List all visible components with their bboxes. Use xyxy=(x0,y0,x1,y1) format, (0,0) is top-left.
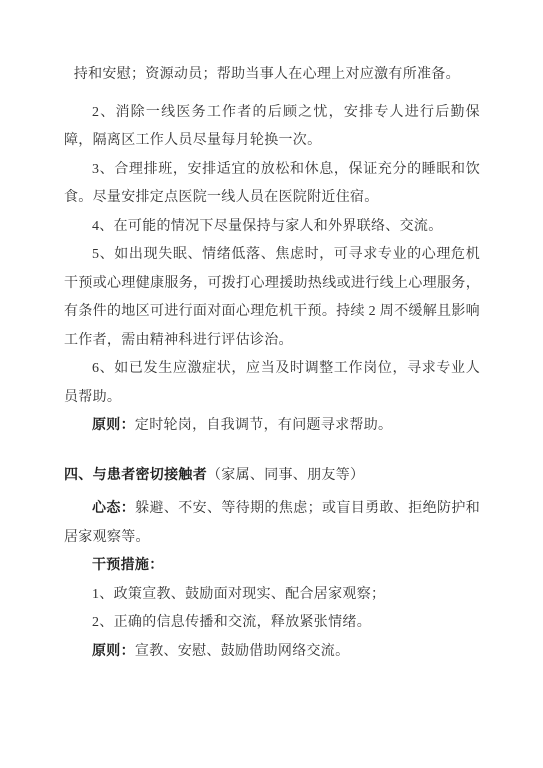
paragraph-text: 持和安慰；资源动员；帮助当事人在心理上对应激有所准备。 xyxy=(74,67,460,82)
mentality-label: 心态： xyxy=(92,501,135,516)
paragraph-principle-medical-staff: 原则：定时轮岗，自我调节，有问题寻求帮助。 xyxy=(64,412,480,441)
document-text-block: 持和安慰；资源动员；帮助当事人在心理上对应激有所准备。 2、消除一线医务工作者的… xyxy=(64,61,480,666)
document-page: 持和安慰；资源动员；帮助当事人在心理上对应激有所准备。 2、消除一线医务工作者的… xyxy=(0,0,543,768)
paragraph-mentality: 心态：躲避、不安、等待期的焦虑；或盲目勇敢、拒绝防护和居家观察等。 xyxy=(64,495,480,552)
paragraph-text: 2、正确的信息传播和交流，释放紧张情绪。 xyxy=(92,615,371,630)
paragraph-text: 6、如已发生应激症状，应当及时调整工作岗位，寻求专业人员帮助。 xyxy=(64,361,480,405)
paragraph-text: 3、合理排班，安排适宜的放松和休息，保证充分的睡眠和饮食。尽量安排定点医院一线人… xyxy=(64,162,480,206)
paragraph-principle-close-contacts: 原则：宣教、安慰、鼓励借助网络交流。 xyxy=(64,638,480,667)
paragraph-continuation: 持和安慰；资源动员；帮助当事人在心理上对应激有所准备。 xyxy=(64,61,480,90)
paragraph-item-6: 6、如已发生应激症状，应当及时调整工作岗位，寻求专业人员帮助。 xyxy=(64,355,480,412)
principle-label: 原则： xyxy=(92,644,135,659)
paragraph-measure-2: 2、正确的信息传播和交流，释放紧张情绪。 xyxy=(64,609,480,638)
paragraph-item-3: 3、合理排班，安排适宜的放松和休息，保证充分的睡眠和饮食。尽量安排定点医院一线人… xyxy=(64,156,480,213)
paragraph-item-2: 2、消除一线医务工作者的后顾之忧，安排专人进行后勤保障，隔离区工作人员尽量每月轮… xyxy=(64,99,480,156)
paragraph-text: 5、如出现失眠、情绪低落、焦虑时，可寻求专业的心理危机干预或心理健康服务，可拨打… xyxy=(64,247,480,348)
paragraph-text: 4、在可能的情况下尽量保持与家人和外界联络、交流。 xyxy=(92,219,443,234)
paragraph-text: 1、政策宣教、鼓励面对现实、配合居家观察； xyxy=(92,587,385,602)
blank-line xyxy=(64,441,480,462)
paragraph-item-5: 5、如出现失眠、情绪低落、焦虑时，可寻求专业的心理危机干预或心理健康服务，可拨打… xyxy=(64,241,480,355)
paragraph-item-4: 4、在可能的情况下尽量保持与家人和外界联络、交流。 xyxy=(64,213,480,242)
paragraph-measure-1: 1、政策宣教、鼓励面对现实、配合居家观察； xyxy=(64,581,480,610)
section-heading-title: 四、与患者密切接触者 xyxy=(64,468,207,483)
paragraph-text: 宣教、安慰、鼓励借助网络交流。 xyxy=(135,644,350,659)
intervention-measures-label: 干预措施： xyxy=(92,558,164,573)
paragraph-text: 2、消除一线医务工作者的后顾之忧，安排专人进行后勤保障，隔离区工作人员尽量每月轮… xyxy=(64,105,480,149)
section-heading-close-contacts: 四、与患者密切接触者（家属、同事、朋友等） xyxy=(64,462,480,491)
principle-label: 原则： xyxy=(92,418,135,433)
section-heading-parenthetical: （家属、同事、朋友等） xyxy=(207,468,364,483)
paragraph-intervention-measures-label: 干预措施： xyxy=(64,552,480,581)
paragraph-text: 定时轮岗，自我调节，有问题寻求帮助。 xyxy=(135,418,392,433)
